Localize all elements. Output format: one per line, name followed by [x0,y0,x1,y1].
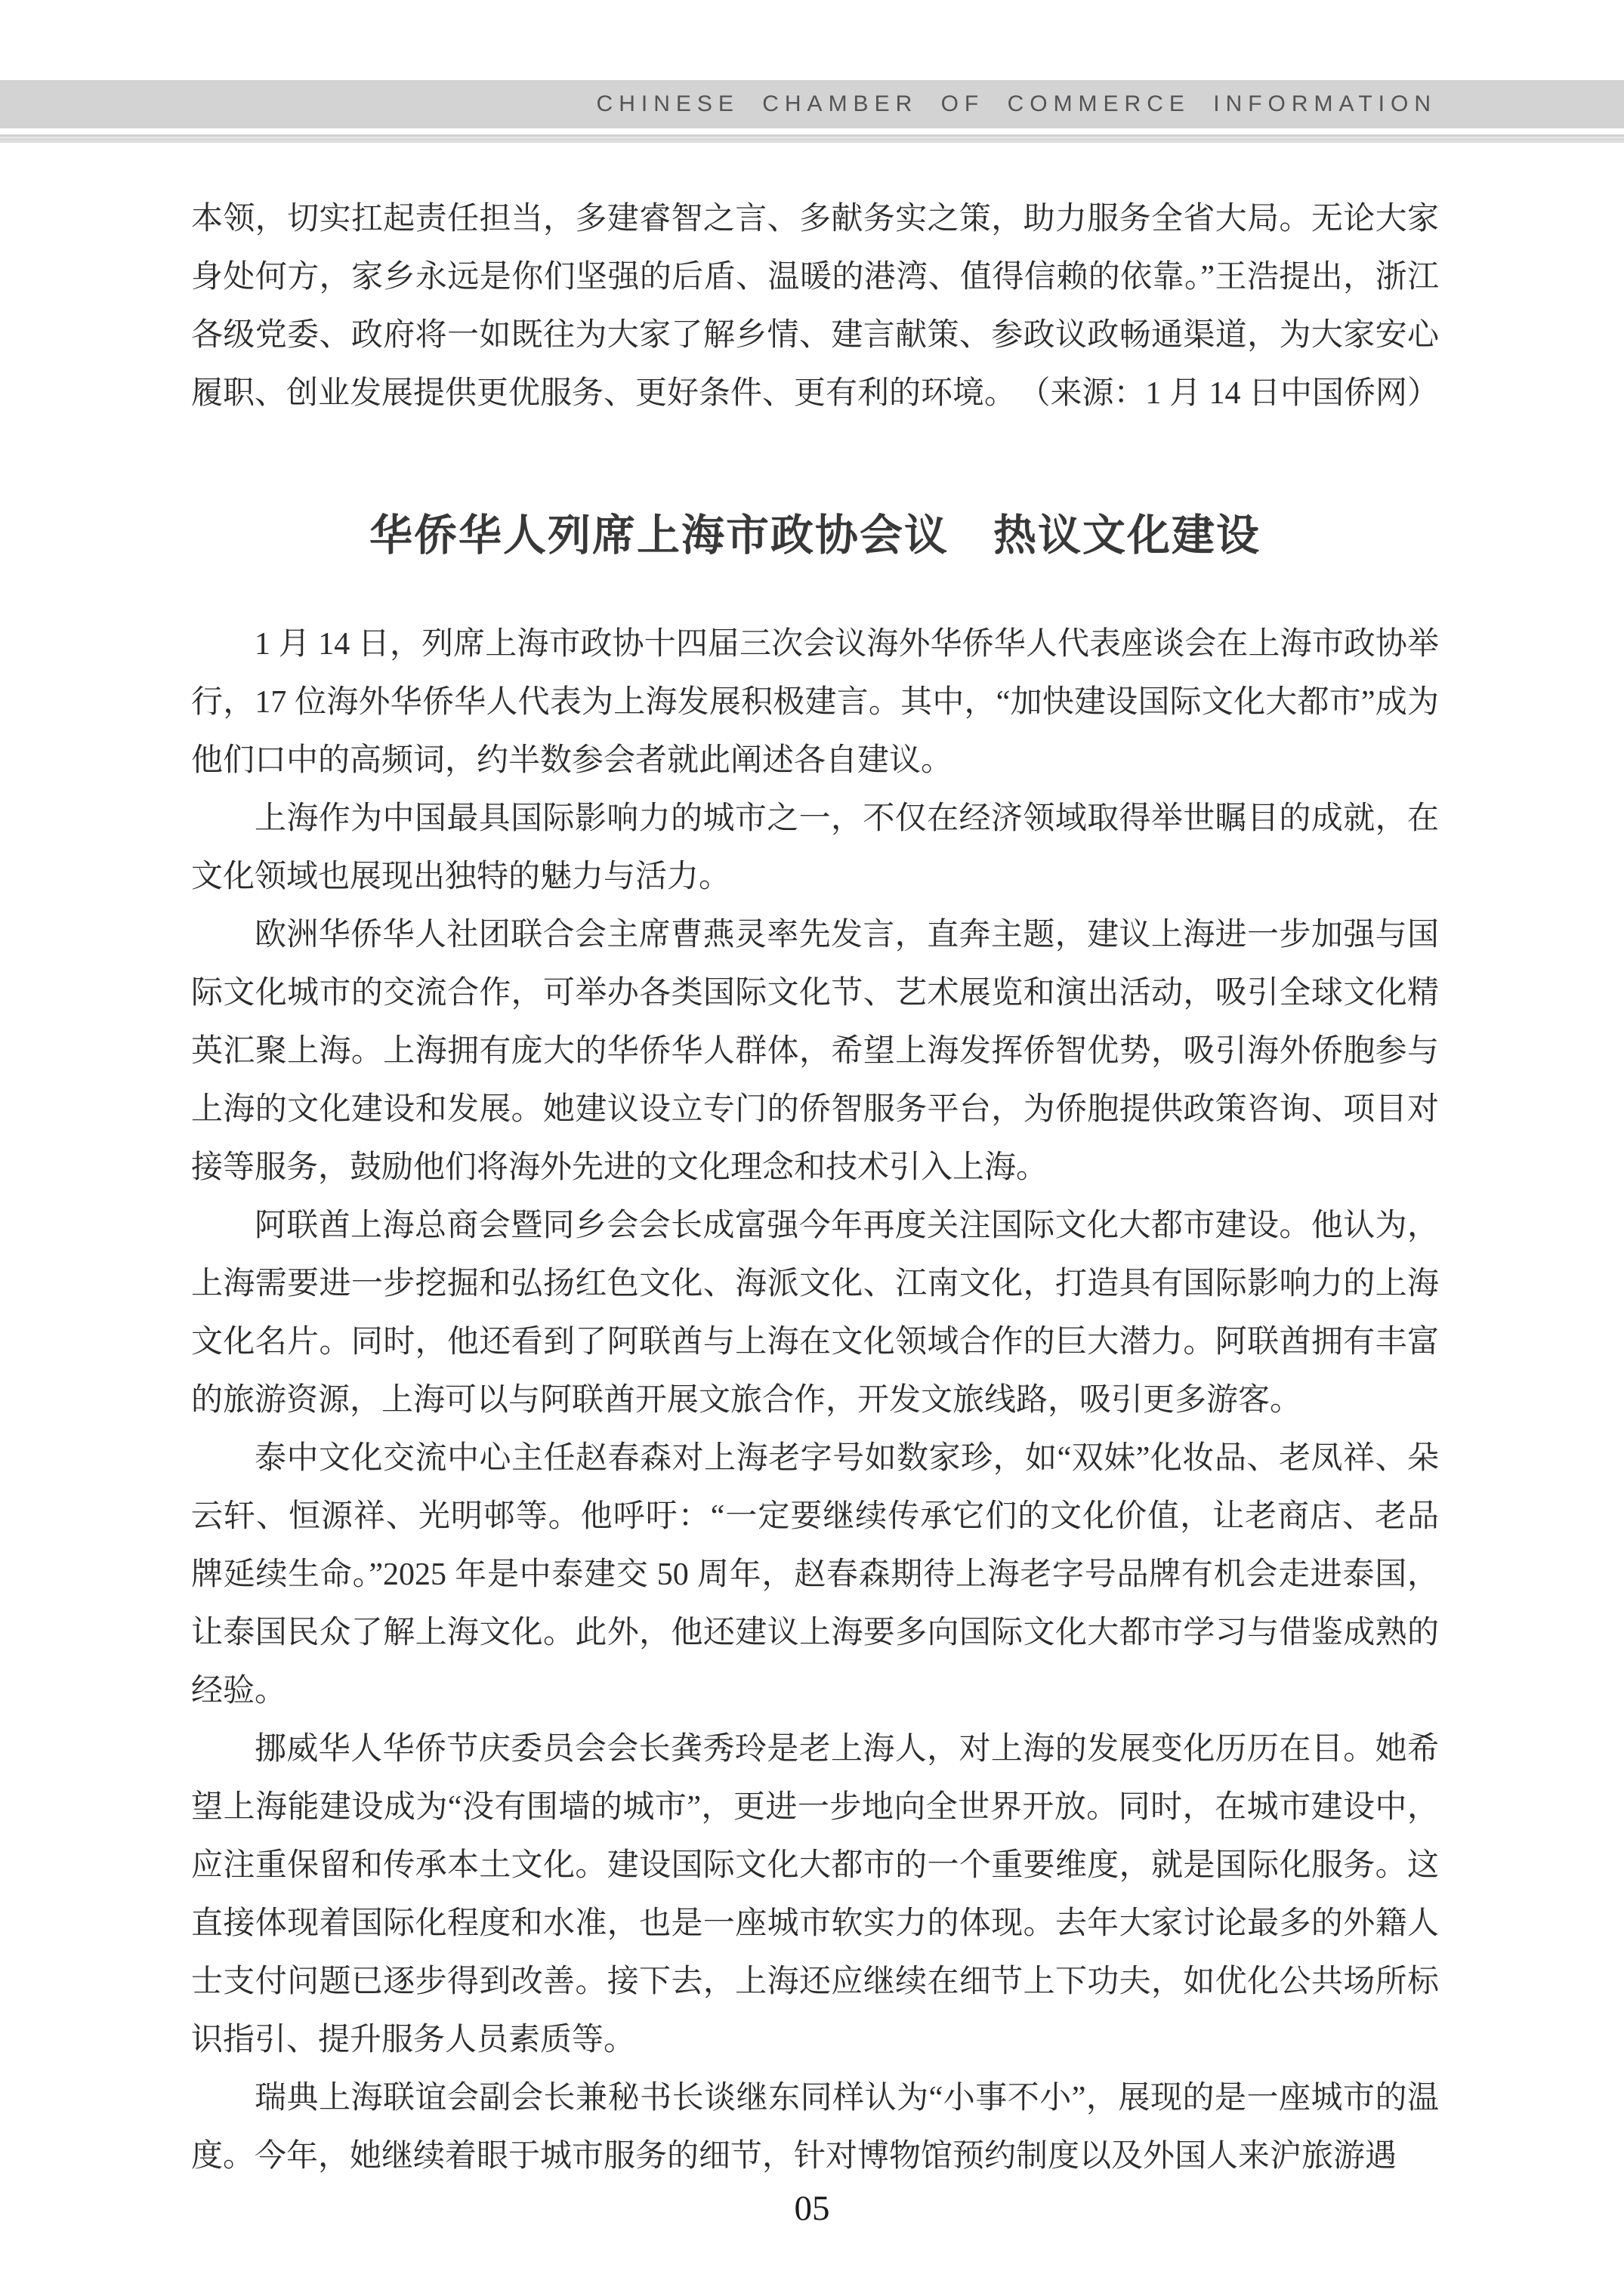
paragraph: 瑞典上海联谊会副会长兼秘书长谈继东同样认为“小事不小”，展现的是一座城市的温度。… [191,2069,1439,2186]
header-band-title: CHINESE CHAMBER OF COMMERCE INFORMATION [597,91,1437,117]
header-band: CHINESE CHAMBER OF COMMERCE INFORMATION [0,80,1624,128]
article-title-section: 华侨华人列席上海市政协会议 热议文化建设 [191,501,1439,569]
article-body: 1 月 14 日，列席上海市政协十四届三次会议海外华侨华人代表座谈会在上海市政协… [191,616,1439,2186]
paragraph: 泰中文化交流中心主任赵春森对上海老字号如数家珍，如“双妹”化妆品、老凤祥、朵云轩… [191,1430,1439,1721]
article-title: 华侨华人列席上海市政协会议 热议文化建设 [191,501,1439,569]
document-page: CHINESE CHAMBER OF COMMERCE INFORMATION … [0,0,1624,2293]
paragraph: 挪威华人华侨节庆委员会会长龚秀玲是老上海人，对上海的发展变化历历在目。她希望上海… [191,1721,1439,2069]
page-number: 05 [0,2189,1624,2228]
header-accent-strip [0,134,1624,143]
intro-section: 本领，切实扛起责任担当，多建睿智之言、多献务实之策，助力服务全省大局。无论大家身… [191,190,1439,423]
paragraph: 上海作为中国最具国际影响力的城市之一，不仅在经济领域取得举世瞩目的成就，在文化领… [191,790,1439,906]
paragraph: 阿联酋上海总商会暨同乡会会长成富强今年再度关注国际文化大都市建设。他认为，上海需… [191,1197,1439,1430]
paragraph: 欧洲华侨华人社团联合会主席曹燕灵率先发言，直奔主题，建议上海进一步加强与国际文化… [191,906,1439,1197]
intro-paragraph: 本领，切实扛起责任担当，多建睿智之言、多献务实之策，助力服务全省大局。无论大家身… [191,190,1439,423]
source-attribution: （来源：1 月 14 日中国侨网） [1018,365,1439,423]
paragraph: 1 月 14 日，列席上海市政协十四届三次会议海外华侨华人代表座谈会在上海市政协… [191,616,1439,790]
